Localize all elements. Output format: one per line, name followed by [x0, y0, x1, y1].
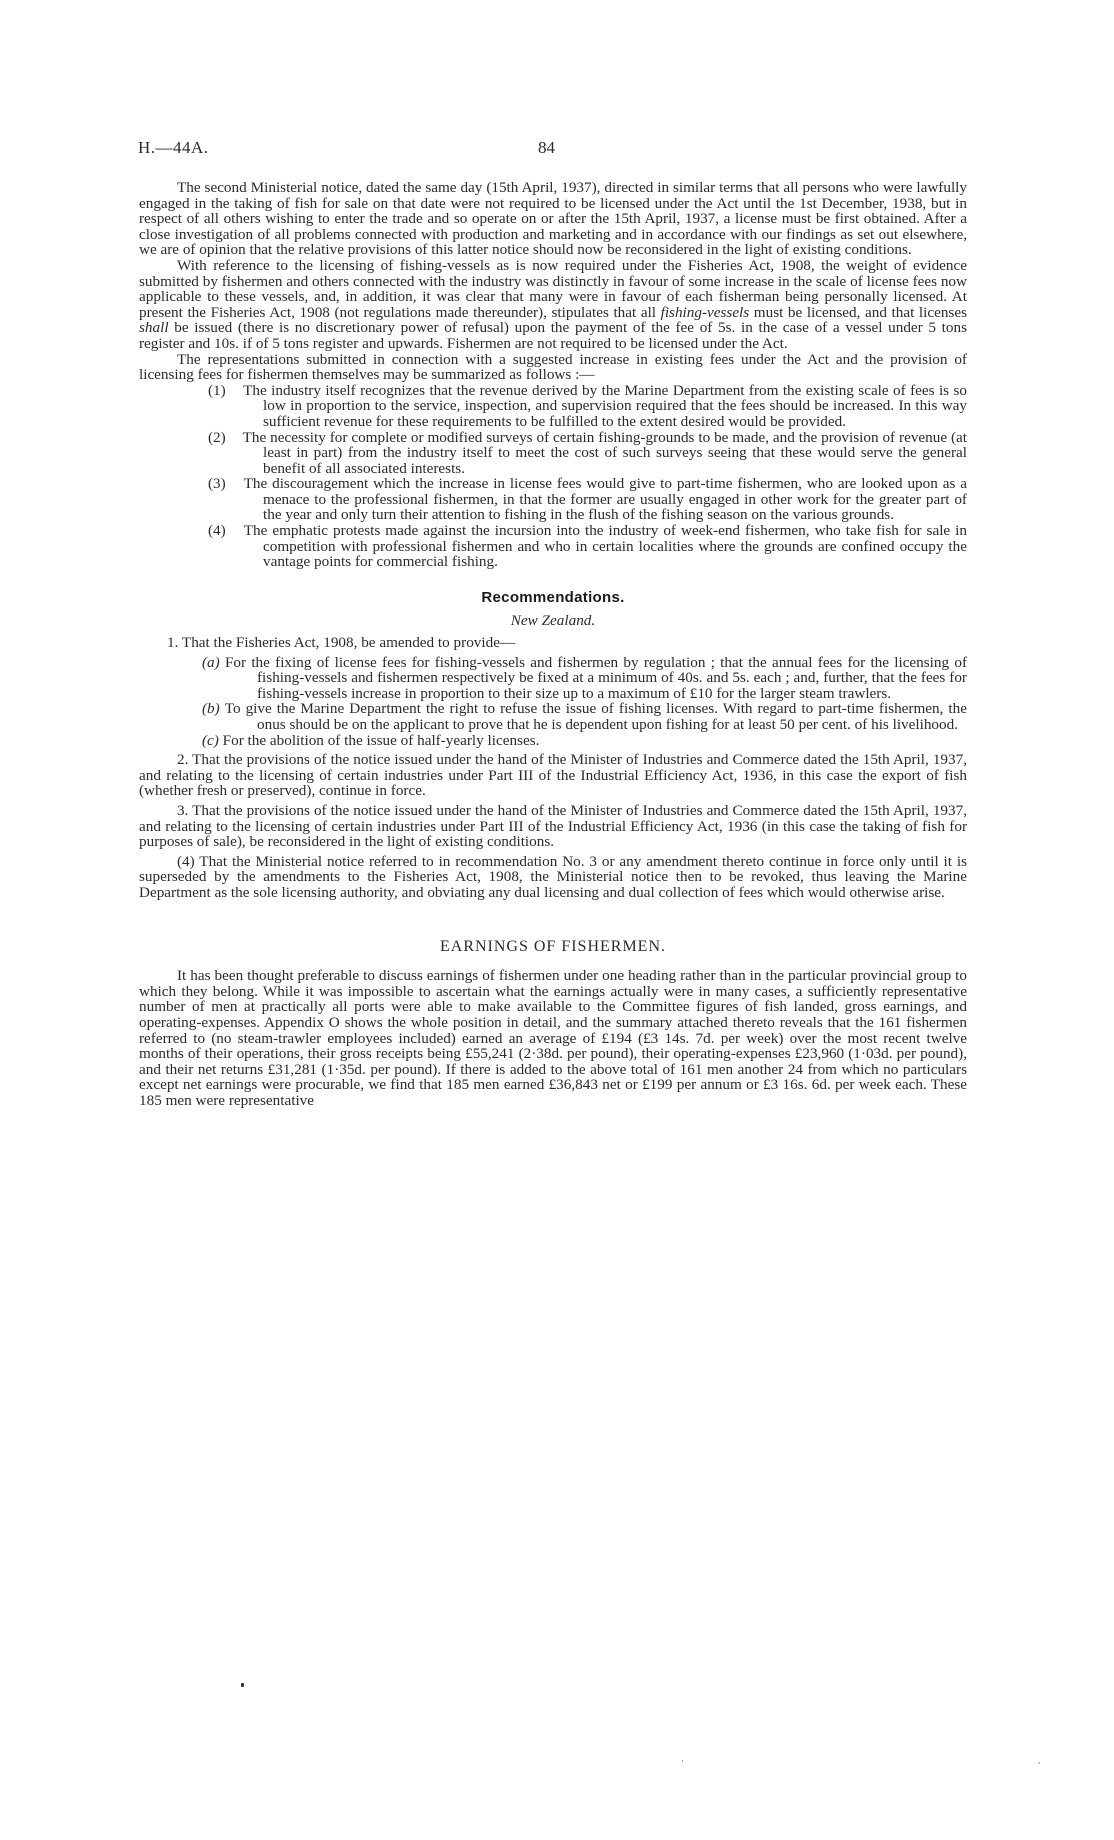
recommendations-heading: Recommendations. [139, 590, 967, 606]
scan-speck [682, 1760, 683, 1762]
paragraph-earnings: It has been thought preferable to discus… [139, 968, 967, 1108]
subitem-label: (b) [202, 700, 220, 717]
subitem-label: (a) [202, 654, 220, 671]
document-reference: H.—44A. [138, 138, 209, 158]
list-item-label: (2) [208, 430, 239, 446]
representations-list: (1) The industry itself recognizes that … [139, 383, 967, 570]
list-item: (4) The emphatic protests made against t… [139, 523, 967, 570]
page-header: H.—44A. 84 [138, 138, 966, 160]
recommendation-4: (4) That the Ministerial notice referred… [139, 854, 967, 901]
recommendation-1: 1. That the Fisheries Act, 1908, be amen… [139, 635, 967, 651]
scan-speck [1038, 1762, 1040, 1764]
paragraph-vessel-licensing: With reference to the licensing of fishi… [139, 258, 967, 352]
recommendation-1-subitems: (a) For the fixing of license fees for f… [139, 655, 967, 749]
new-zealand-subheading: New Zealand. [139, 613, 967, 629]
list-item-text: The necessity for complete or modified s… [243, 429, 967, 477]
subitem-label: (c) [202, 732, 219, 749]
recommendation-text: That the Fisheries Act, 1908, be amended… [182, 634, 515, 651]
paragraph-second-notice: The second Ministerial notice, dated the… [139, 180, 967, 258]
subitem-text: For the fixing of license fees for fishi… [225, 654, 967, 702]
list-item-text: The industry itself recognizes that the … [243, 382, 967, 430]
list-item: (a) For the fixing of license fees for f… [139, 655, 967, 702]
list-item: (c) For the abolition of the issue of ha… [139, 733, 967, 749]
recommendation-2: 2. That the provisions of the notice iss… [139, 752, 967, 799]
recommendation-label: 1. [167, 634, 178, 651]
recommendation-3: 3. That the provisions of the notice iss… [139, 803, 967, 850]
list-item: (b) To give the Marine Department the ri… [139, 701, 967, 732]
list-item-label: (1) [208, 383, 239, 399]
list-item: (1) The industry itself recognizes that … [139, 383, 967, 430]
earnings-heading: EARNINGS OF FISHERMEN. [139, 939, 967, 955]
emphasis-fishing-vessels: fishing-vessels [661, 304, 750, 321]
paragraph-representations-intro: The representations submitted in connect… [139, 352, 967, 383]
scan-speck [241, 1683, 244, 1687]
document-body: The second Ministerial notice, dated the… [139, 180, 967, 1108]
list-item-text: The discouragement which the increase in… [244, 475, 967, 523]
list-item: (3) The discouragement which the increas… [139, 476, 967, 523]
page-number: 84 [538, 138, 555, 158]
emphasis-shall: shall [139, 319, 169, 336]
list-item-label: (4) [208, 523, 239, 539]
subitem-text: To give the Marine Department the right … [225, 700, 967, 733]
list-item: (2) The necessity for complete or modifi… [139, 430, 967, 477]
subitem-text: For the abolition of the issue of half-y… [223, 732, 540, 749]
list-item-label: (3) [208, 476, 239, 492]
list-item-text: The emphatic protests made against the i… [244, 522, 967, 570]
paragraph-text: be issued (there is no discretionary pow… [139, 319, 967, 352]
paragraph-text: must be licensed, and that licenses [749, 304, 967, 321]
